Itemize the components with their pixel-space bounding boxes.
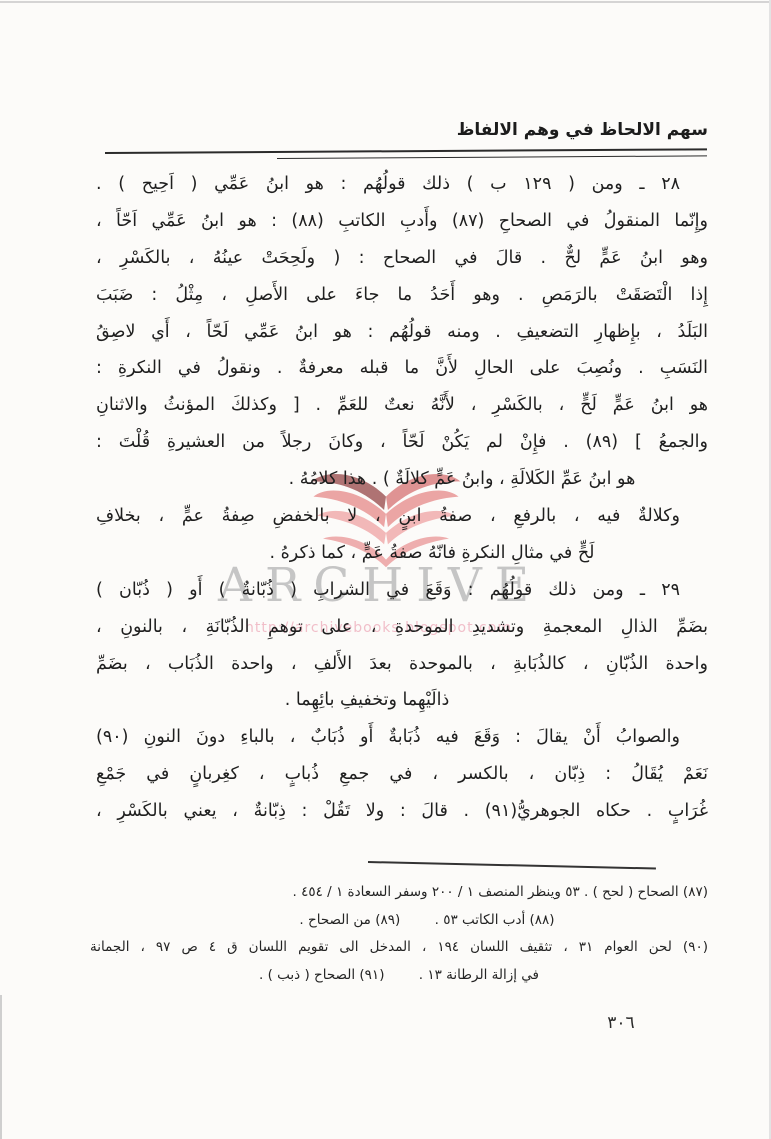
running-head: سهم الالحاظ في وهم الالفاظ (96, 120, 708, 140)
footnote-line: (٨٧) الصحاح ( لحح ) . ٥٣ وينظر المنصف ١ … (90, 879, 708, 907)
body-line: البَلَدُ ، بإِظهارِ التضعيفِ . ومنه قولُ… (96, 314, 708, 351)
body-line: نَعَمْ يُقَالُ : ذِبّان ، بالكسر ، في جم… (96, 756, 708, 793)
body-line: هو ابنُ عَمٍّ لَحٍّ ، بالكَسْرِ ، لأَنَّ… (96, 387, 708, 424)
scan-edge-left (0, 995, 2, 1139)
footnote-line: في إزالة الرطانة ١٣ . (٩١) الصحاح ( ذبب … (90, 962, 708, 990)
body-line: ٢٩ ـ ومن ذلك قولُهُم : وَقَعَ في الشرابِ… (96, 572, 708, 609)
body-line: واحدة الذُبّانِ ، كالذُبَابةِ ، بالموحدة… (96, 646, 708, 683)
scanned-book-page: ARCHIVE http://archivebooks.blogspot.com… (0, 0, 771, 1139)
footnote-line: (٩٠) لحن العوام ٣١ ، تثقيف اللسان ١٩٤ ، … (90, 934, 708, 962)
body-text: ٢٨ ـ ومن ( ١٢٩ ب ) ذلك قولُهُم : هو ابنُ… (96, 166, 708, 830)
body-line: ٢٨ ـ ومن ( ١٢٩ ب ) ذلك قولُهُم : هو ابنُ… (96, 166, 708, 203)
body-line: والصوابُ أَنْ يقالَ : وَقَعَ فيه ذُبَابة… (96, 719, 708, 756)
body-line: هو ابنُ عَمِّ الكَلالَةِ ، وابنُ عَمٍّ ك… (96, 461, 708, 498)
footnote-separator-rule (368, 861, 656, 870)
body-line: وهو ابنُ عَمٍّ لحٌّ . قالَ في الصحاح : (… (96, 240, 708, 277)
body-line: لَحٍّ في مثالِ النكرةِ فانّهُ صفةُ عَمٍّ… (96, 535, 708, 572)
header-rule-top (105, 148, 707, 154)
body-line: وكلالةٌ فيه ، بالرفعِ ، صفةُ ابنٍ ، لا ب… (96, 498, 708, 535)
body-line: ذالَيْهِما وتخفيفِ بائِهِما . (96, 682, 708, 719)
scan-edge-top (0, 1, 771, 3)
body-line: غُرَابٍ . حكاه الجوهريُّ(٩١) . قالَ : ول… (96, 793, 708, 830)
body-line: النَسَبِ . ونُصِبَ على الحالِ لأَنَّ ما … (96, 350, 708, 387)
book-title: سهم الالحاظ في وهم الالفاظ (96, 120, 708, 140)
body-line: إِذا الْتَصَقَتْ بالرَمَصِ . وهو أَحَدُ … (96, 277, 708, 314)
body-line: وإِنّما المنقولُ في الصحاحِ (٨٧) وأَدبِ … (96, 203, 708, 240)
body-line: بضَمِّ الذالِ المعجمةِ وتشديدِ الموحدةِ … (96, 609, 708, 646)
body-line: والجمعُ ] (٨٩) . فإِنْ لم يَكُنْ لَحّاً … (96, 424, 708, 461)
page-number: ٣٠٦ (594, 1013, 648, 1033)
footnotes: (٨٧) الصحاح ( لحح ) . ٥٣ وينظر المنصف ١ … (90, 879, 708, 989)
footnote-line: (٨٨) أدب الكاتب ٥٣ . (٨٩) من الصحاح . (90, 907, 708, 935)
header-rule-bottom (277, 155, 707, 159)
